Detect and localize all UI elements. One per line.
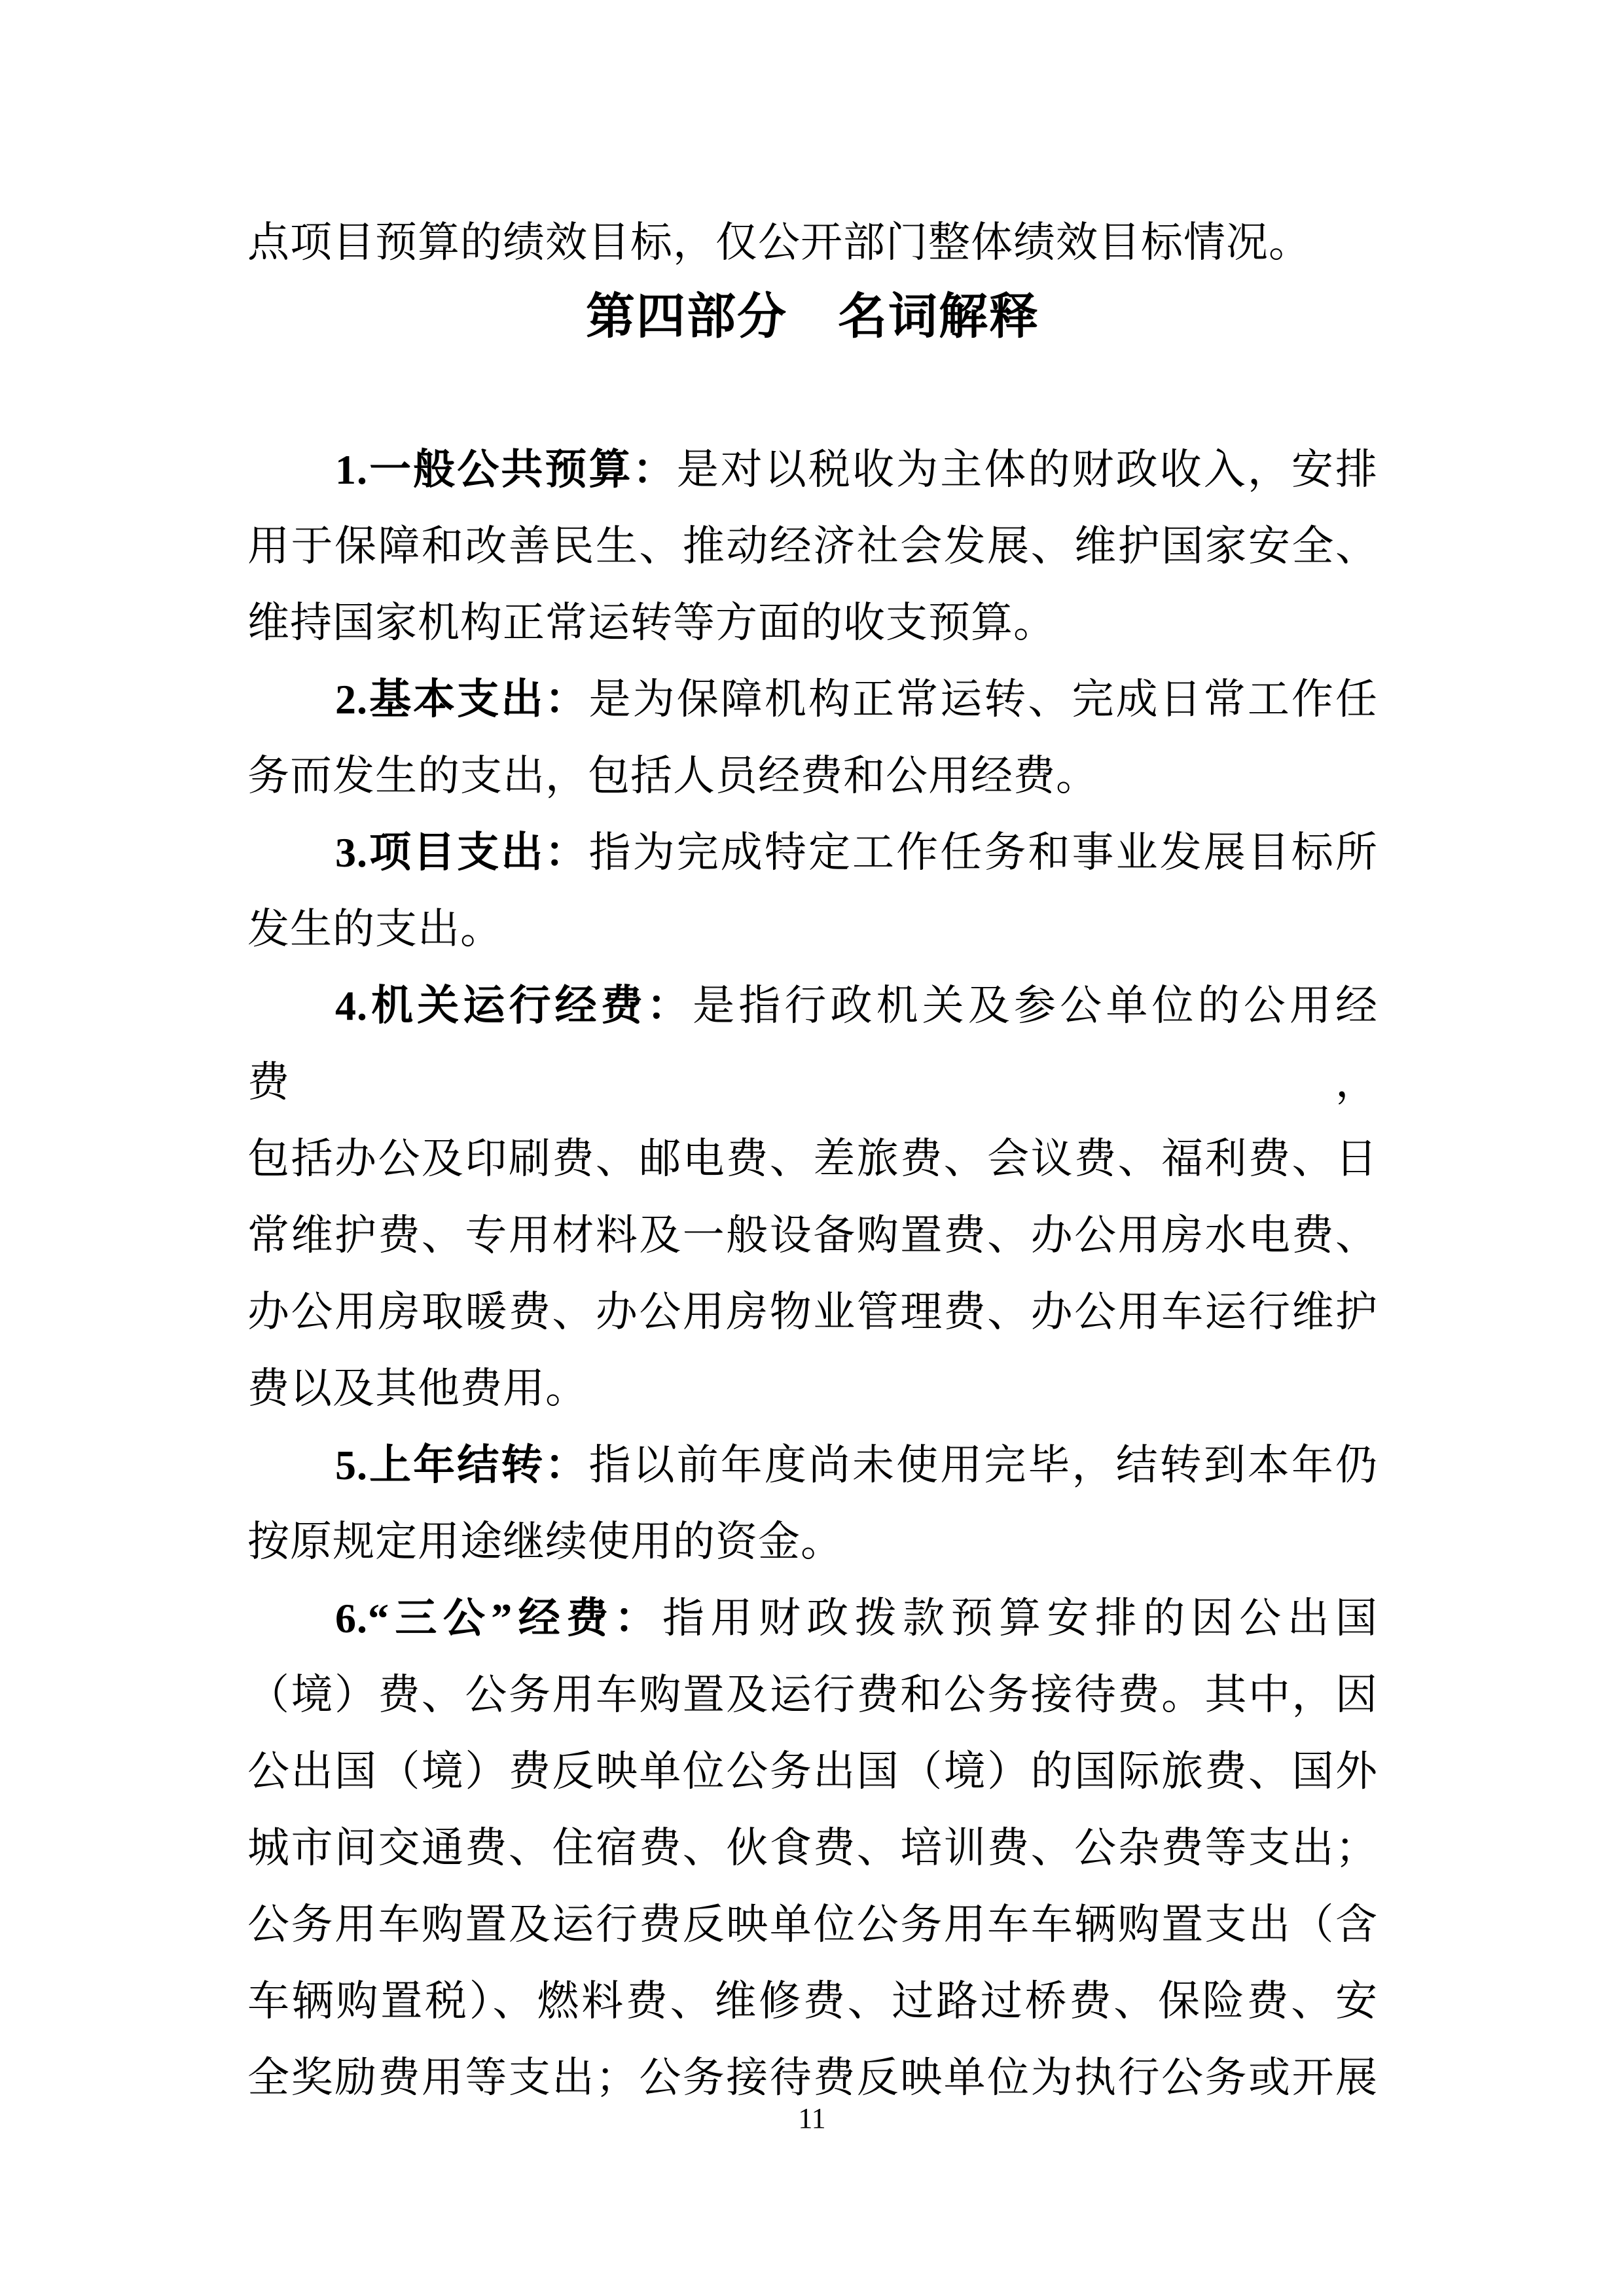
page-number: 11 [0, 2100, 1624, 2138]
body-line: 包括办公及印刷费、邮电费、差旅费、会议费、福利费、日 [247, 1121, 1378, 1197]
paragraph-first-line: 6.“三公”经费：指用财政拨款预算安排的因公出国 [247, 1580, 1378, 1657]
term-label: 3.项目支出： [335, 829, 589, 876]
term-definition-start: 指用财政拨款预算安排的因公出国 [662, 1595, 1378, 1641]
body-line: 办公用房取暖费、办公用房物业管理费、办公用车运行维护 [247, 1274, 1378, 1350]
body-line: 务而发生的支出，包括人员经费和公用经费。 [247, 738, 1378, 814]
intro-line: 点项目预算的绩效目标，仅公开部门整体绩效目标情况。 [247, 204, 1378, 281]
paragraph: 1.一般公共预算：是对以税收为主体的财政收入，安排 用于保障和改善民生、推动经济… [247, 431, 1378, 661]
body-line: 常维护费、专用材料及一般设备购置费、办公用房水电费、 [247, 1197, 1378, 1274]
section-heading: 第四部分 名词解释 [247, 281, 1378, 354]
body-line: 公出国（境）费反映单位公务出国（境）的国际旅费、国外 [247, 1733, 1378, 1810]
document-content: 点项目预算的绩效目标，仅公开部门整体绩效目标情况。 第四部分 名词解释 1.一般… [0, 0, 1624, 2116]
body-line: （境）费、公务用车购置及运行费和公务接待费。其中，因 [247, 1657, 1378, 1733]
body-line: 按原规定用途继续使用的资金。 [247, 1503, 1378, 1580]
term-label: 6.“三公”经费： [335, 1595, 662, 1641]
paragraph: 3.项目支出：指为完成特定工作任务和事业发展目标所 发生的支出。 [247, 814, 1378, 967]
paragraph-first-line: 1.一般公共预算：是对以税收为主体的财政收入，安排 [247, 431, 1378, 508]
term-definition-start: 指为完成特定工作任务和事业发展目标所 [589, 829, 1378, 876]
paragraph-first-line: 4.机关运行经费：是指行政机关及参公单位的公用经费， [247, 967, 1378, 1121]
document-page: 点项目预算的绩效目标，仅公开部门整体绩效目标情况。 第四部分 名词解释 1.一般… [0, 0, 1624, 2296]
body-line: 城市间交通费、住宿费、伙食费、培训费、公杂费等支出； [247, 1810, 1378, 1886]
term-label: 5.上年结转： [335, 1442, 589, 1488]
body-line: 费以及其他费用。 [247, 1350, 1378, 1427]
paragraph-first-line: 5.上年结转：指以前年度尚未使用完毕，结转到本年仍 [247, 1427, 1378, 1503]
term-label: 1.一般公共预算： [335, 446, 677, 493]
body-line: 用于保障和改善民生、推动经济社会发展、维护国家安全、 [247, 508, 1378, 584]
term-label: 4.机关运行经费： [335, 982, 693, 1029]
paragraph: 5.上年结转：指以前年度尚未使用完毕，结转到本年仍 按原规定用途继续使用的资金。 [247, 1427, 1378, 1580]
term-definition-start: 指以前年度尚未使用完毕，结转到本年仍 [589, 1442, 1378, 1488]
body-line: 车辆购置税）、燃料费、维修费、过路过桥费、保险费、安 [247, 1963, 1378, 2039]
paragraph-first-line: 2.基本支出：是为保障机构正常运转、完成日常工作任 [247, 661, 1378, 738]
paragraph: 6.“三公”经费：指用财政拨款预算安排的因公出国 （境）费、公务用车购置及运行费… [247, 1580, 1378, 2116]
body-line: 发生的支出。 [247, 891, 1378, 967]
paragraph: 2.基本支出：是为保障机构正常运转、完成日常工作任 务而发生的支出，包括人员经费… [247, 661, 1378, 814]
paragraph-first-line: 3.项目支出：指为完成特定工作任务和事业发展目标所 [247, 814, 1378, 891]
body-line: 公务用车购置及运行费反映单位公务用车车辆购置支出（含 [247, 1886, 1378, 1963]
body-line: 维持国家机构正常运转等方面的收支预算。 [247, 584, 1378, 661]
paragraph: 4.机关运行经费：是指行政机关及参公单位的公用经费， 包括办公及印刷费、邮电费、… [247, 967, 1378, 1427]
term-definition-start: 是为保障机构正常运转、完成日常工作任 [589, 676, 1378, 723]
term-label: 2.基本支出： [335, 676, 589, 723]
term-definition-start: 是对以税收为主体的财政收入，安排 [677, 446, 1378, 493]
